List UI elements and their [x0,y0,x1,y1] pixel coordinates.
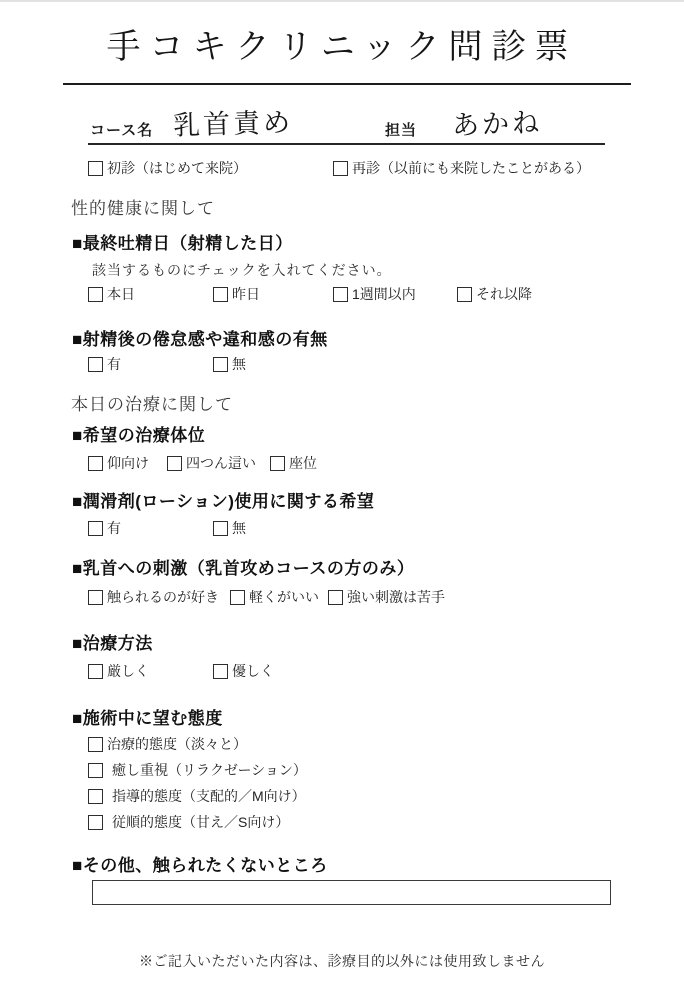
nipple-like-touch-checkbox[interactable] [88,590,103,605]
ejaculation-today-label: 本日 [107,286,135,302]
fatigue-no-label: 無 [232,356,246,372]
position-all-fours-option[interactable]: 四つん這い [167,455,270,471]
last-ejaculation-options: 本日 昨日 1週間以内 それ以降 [88,286,684,302]
nipple-light-checkbox[interactable] [230,590,245,605]
ejaculation-within-week-label: 1週間以内 [352,286,416,302]
ejaculation-later-option[interactable]: それ以降 [457,286,532,302]
attitude-dominant-option[interactable]: 指導的態度（支配的／M向け） [88,788,684,804]
revisit-option[interactable]: 再診（以前にも来院したことがある） [333,160,590,176]
todays-treatment-heading: 本日の治療に関して [71,395,684,415]
visit-type-options: 初診（はじめて来院） 再診（以前にも来院したことがある） [88,160,684,176]
attitude-clinical-option[interactable]: 治療的態度（淡々と） [88,736,684,752]
ejaculation-today-checkbox[interactable] [88,287,103,302]
nipple-sensitive-checkbox[interactable] [328,590,343,605]
first-visit-option[interactable]: 初診（はじめて来院） [88,160,333,176]
lubricant-yes-label: 有 [107,520,121,536]
position-sitting-label: 座位 [289,455,317,471]
fatigue-yes-label: 有 [107,356,121,372]
lubricant-yes-checkbox[interactable] [88,521,103,536]
ejaculation-yesterday-option[interactable]: 昨日 [213,286,333,302]
staff-value: あかね [451,100,542,142]
course-name-label: コース名 [90,119,153,140]
nipple-options: 触られるのが好き 軽くがいい 強い刺激は苦手 [88,589,684,605]
position-title: ■希望の治療体位 [72,426,684,446]
revisit-checkbox[interactable] [333,161,348,176]
sexual-health-heading: 性的健康に関して [71,199,684,219]
nipple-sensitive-label: 強い刺激は苦手 [347,589,445,605]
method-gentle-option[interactable]: 優しく [213,663,274,679]
attitude-healing-label: 癒し重視（リラクゼーション） [112,762,307,778]
nipple-title: ■乳首への刺激（乳首攻めコースの方のみ） [72,559,684,579]
other-no-touch-title: ■その他、触られたくないところ [72,856,684,876]
ejaculation-later-checkbox[interactable] [457,287,472,302]
lubricant-no-option[interactable]: 無 [213,520,246,536]
ejaculation-within-week-checkbox[interactable] [333,287,348,302]
revisit-label: 再診（以前にも来院したことがある） [352,160,590,176]
attitude-dominant-checkbox[interactable] [88,789,103,804]
position-all-fours-label: 四つん這い [186,455,256,471]
ejaculation-within-week-option[interactable]: 1週間以内 [333,286,457,302]
method-title: ■治療方法 [72,634,684,654]
lubricant-no-label: 無 [232,520,246,536]
questionnaire-page: 手コキクリニック問診票 コース名 乳首責め 担当 あかね 初診（はじめて来院） … [0,0,684,1000]
lubricant-options: 有 無 [88,520,684,536]
position-supine-option[interactable]: 仰向け [88,455,167,471]
last-ejaculation-title: ■最終吐精日（射精した日） [72,234,684,254]
attitude-title: ■施術中に望む態度 [72,709,684,729]
fatigue-no-checkbox[interactable] [213,357,228,372]
attitude-healing-option[interactable]: 癒し重視（リラクゼーション） [88,762,684,778]
title-rule [63,83,631,85]
fatigue-options: 有 無 [88,356,684,372]
fatigue-yes-checkbox[interactable] [88,357,103,372]
attitude-healing-checkbox[interactable] [88,763,103,778]
attitude-submissive-label: 従順的態度（甘え／S向け） [112,814,289,830]
method-strict-option[interactable]: 厳しく [88,663,213,679]
ejaculation-yesterday-label: 昨日 [232,286,260,302]
first-visit-label: 初診（はじめて来院） [107,160,247,176]
course-name-value: 乳首責め [173,100,294,142]
method-options: 厳しく 優しく [88,663,684,679]
attitude-clinical-checkbox[interactable] [88,737,103,752]
attitude-dominant-label: 指導的態度（支配的／M向け） [112,788,306,804]
lubricant-no-checkbox[interactable] [213,521,228,536]
nipple-like-touch-label: 触られるのが好き [107,589,219,605]
fatigue-title: ■射精後の倦怠感や違和感の有無 [72,330,684,350]
form-title: 手コキクリニック問診票 [0,26,684,68]
position-sitting-checkbox[interactable] [270,456,285,471]
attitude-submissive-checkbox[interactable] [88,815,103,830]
first-visit-checkbox[interactable] [88,161,103,176]
ejaculation-yesterday-checkbox[interactable] [213,287,228,302]
course-staff-row: コース名 乳首責め 担当 あかね [88,101,605,145]
ejaculation-later-label: それ以降 [476,286,532,302]
position-supine-checkbox[interactable] [88,456,103,471]
nipple-like-touch-option[interactable]: 触られるのが好き [88,589,230,605]
scan-edge-line [0,0,684,2]
footer-note: ※ご記入いただいた内容は、診療目的以外には使用致しません [0,952,684,970]
other-no-touch-input[interactable] [92,880,611,905]
method-strict-checkbox[interactable] [88,664,103,679]
nipple-light-option[interactable]: 軽くがいい [230,589,328,605]
attitude-options: 治療的態度（淡々と） 癒し重視（リラクゼーション） 指導的態度（支配的／M向け）… [88,736,684,830]
position-sitting-option[interactable]: 座位 [270,455,317,471]
method-gentle-label: 優しく [232,663,274,679]
staff-label: 担当 [385,119,417,140]
lubricant-yes-option[interactable]: 有 [88,520,213,536]
method-strict-label: 厳しく [107,663,149,679]
ejaculation-today-option[interactable]: 本日 [88,286,213,302]
nipple-light-label: 軽くがいい [249,589,319,605]
fatigue-yes-option[interactable]: 有 [88,356,213,372]
attitude-clinical-label: 治療的態度（淡々と） [107,736,247,752]
position-supine-label: 仰向け [107,455,149,471]
lubricant-title: ■潤滑剤(ローション)使用に関する希望 [72,492,684,512]
position-all-fours-checkbox[interactable] [167,456,182,471]
fatigue-no-option[interactable]: 無 [213,356,246,372]
method-gentle-checkbox[interactable] [213,664,228,679]
position-options: 仰向け 四つん這い 座位 [88,455,684,471]
attitude-submissive-option[interactable]: 従順的態度（甘え／S向け） [88,814,684,830]
last-ejaculation-instruction: 該当するものにチェックを入れてください。 [92,262,684,279]
nipple-sensitive-option[interactable]: 強い刺激は苦手 [328,589,445,605]
